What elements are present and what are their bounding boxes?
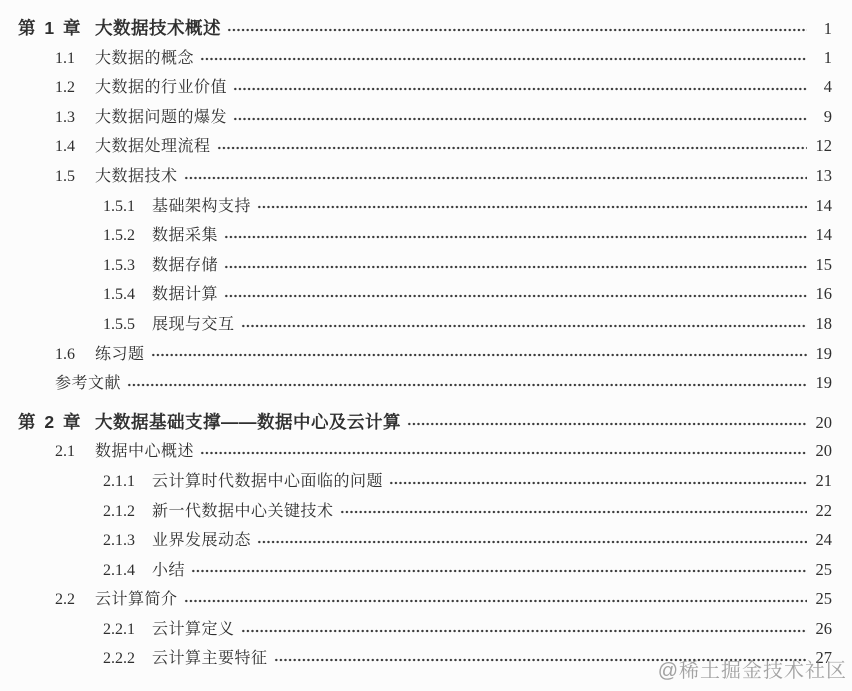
toc-entry-page: 1 — [810, 19, 832, 39]
toc-entry-title: 大数据处理流程 — [95, 133, 211, 156]
dot-leader — [274, 653, 807, 667]
toc-entry-title: 数据存储 — [152, 252, 218, 275]
toc-entry-row: 2.2云计算简介25 — [0, 586, 832, 616]
toc-entry-number: 1.5.3 — [103, 257, 152, 275]
dot-leader — [340, 505, 807, 519]
toc-entry-title: 大数据技术 — [95, 163, 178, 186]
toc-entry-row: 2.2.2云计算主要特征27 — [0, 645, 832, 675]
toc-entry-row: 2.1.3业界发展动态24 — [0, 527, 832, 557]
toc-entry-page: 20 — [810, 413, 832, 433]
dot-leader — [184, 594, 807, 608]
toc-entry-number: 1.5.2 — [103, 227, 152, 245]
dot-leader — [224, 230, 807, 244]
toc-entry-number: 1.5.5 — [103, 316, 152, 334]
dot-leader — [184, 171, 807, 185]
dot-leader — [127, 378, 807, 392]
toc-entry-row: 2.1.4小结25 — [0, 557, 832, 587]
toc-entry-page: 16 — [810, 284, 832, 304]
toc-entry-title: 业界发展动态 — [152, 527, 251, 550]
toc-entry-page: 20 — [810, 441, 832, 461]
toc-entry-title: 数据中心概述 — [95, 438, 194, 461]
dot-leader — [200, 52, 807, 66]
toc-entry-number: 2.1 — [55, 443, 95, 461]
toc-entry-page: 14 — [810, 196, 832, 216]
toc-entry-title: 云计算定义 — [152, 616, 235, 639]
toc-entry-number: 1.5.4 — [103, 286, 152, 304]
dot-leader — [151, 348, 807, 362]
toc-chapter-row: 第 1 章大数据技术概述1 — [0, 15, 832, 45]
toc-chapter-row: 第 2 章大数据基础支撑——数据中心及云计算20 — [0, 409, 832, 439]
toc-entry-number: 2.2 — [55, 591, 95, 609]
toc-entry-row: 1.1大数据的概念1 — [0, 45, 832, 75]
toc-entry-row: 1.2大数据的行业价值4 — [0, 74, 832, 104]
toc-entry-number: 2.1.1 — [103, 473, 152, 491]
toc-entry-number: 1.4 — [55, 138, 95, 156]
toc-entry-number: 第 2 章 — [18, 409, 95, 434]
dot-leader — [241, 319, 807, 333]
toc-entry-row: 1.5.1基础架构支持14 — [0, 193, 832, 223]
toc-entry-page: 1 — [810, 48, 832, 68]
toc-entry-page: 18 — [810, 314, 832, 334]
toc-entry-number: 1.5.1 — [103, 198, 152, 216]
toc-entry-number: 2.1.4 — [103, 562, 152, 580]
dot-leader — [191, 564, 807, 578]
toc-entry-title: 大数据技术概述 — [95, 15, 221, 40]
toc-entry-number: 1.6 — [55, 346, 95, 364]
toc-entry-title: 云计算简介 — [95, 586, 178, 609]
toc-entry-number: 1.1 — [55, 50, 95, 68]
toc-entry-page: 19 — [810, 373, 832, 393]
toc-entry-title: 参考文献 — [55, 370, 121, 393]
toc-entry-row: 2.1.2新一代数据中心关键技术22 — [0, 498, 832, 528]
toc-entry-row: 1.4大数据处理流程12 — [0, 133, 832, 163]
toc-entry-title: 大数据的概念 — [95, 45, 194, 68]
toc-entry-page: 22 — [810, 501, 832, 521]
dot-leader — [217, 141, 807, 155]
toc-entry-title: 大数据基础支撑——数据中心及云计算 — [95, 409, 401, 434]
toc-entry-page: 4 — [810, 77, 832, 97]
toc-entry-row: 1.5.3数据存储15 — [0, 252, 832, 282]
toc-entry-title: 大数据问题的爆发 — [95, 104, 227, 127]
toc-entry-title: 新一代数据中心关键技术 — [152, 498, 334, 521]
toc-entry-title: 展现与交互 — [152, 311, 235, 334]
toc-entry-title: 数据采集 — [152, 222, 218, 245]
toc-entry-number: 1.3 — [55, 109, 95, 127]
toc-entry-page: 19 — [810, 344, 832, 364]
toc-entry-page: 25 — [810, 560, 832, 580]
toc-entry-page: 13 — [810, 166, 832, 186]
toc-entry-number: 1.2 — [55, 79, 95, 97]
toc-entry-row: 1.5.4数据计算16 — [0, 281, 832, 311]
toc-entry-number: 第 1 章 — [18, 15, 95, 40]
toc-page: 第 1 章大数据技术概述11.1大数据的概念11.2大数据的行业价值41.3大数… — [0, 0, 852, 691]
toc-entry-title: 云计算时代数据中心面临的问题 — [152, 468, 383, 491]
toc-entry-number: 2.2.1 — [103, 621, 152, 639]
toc-entry-page: 21 — [810, 471, 832, 491]
dot-leader — [224, 289, 807, 303]
toc-entry-page: 14 — [810, 225, 832, 245]
toc-list: 第 1 章大数据技术概述11.1大数据的概念11.2大数据的行业价值41.3大数… — [0, 15, 832, 675]
toc-entry-page: 9 — [810, 107, 832, 127]
toc-entry-title: 大数据的行业价值 — [95, 74, 227, 97]
toc-entry-row: 1.5.2数据采集14 — [0, 222, 832, 252]
toc-entry-row: 1.6练习题19 — [0, 341, 832, 371]
toc-entry-page: 12 — [810, 136, 832, 156]
toc-entry-row: 2.2.1云计算定义26 — [0, 616, 832, 646]
toc-entry-page: 15 — [810, 255, 832, 275]
toc-entry-title: 小结 — [152, 557, 185, 580]
dot-leader — [257, 200, 807, 214]
toc-entry-title: 基础架构支持 — [152, 193, 251, 216]
toc-entry-number: 2.1.2 — [103, 503, 152, 521]
dot-leader — [233, 82, 807, 96]
toc-entry-number: 2.2.2 — [103, 650, 152, 668]
dot-leader — [227, 23, 807, 37]
toc-entry-row: 1.5.5展现与交互18 — [0, 311, 832, 341]
toc-entry-row: 2.1数据中心概述20 — [0, 438, 832, 468]
toc-entry-page: 24 — [810, 530, 832, 550]
dot-leader — [257, 535, 807, 549]
toc-entry-row: 1.5大数据技术13 — [0, 163, 832, 193]
toc-entry-title: 练习题 — [95, 341, 145, 364]
toc-entry-title: 数据计算 — [152, 281, 218, 304]
toc-entry-row: 参考文献19 — [0, 370, 832, 400]
dot-leader — [407, 417, 807, 431]
dot-leader — [389, 476, 807, 490]
dot-leader — [241, 624, 807, 638]
toc-entry-row: 1.3大数据问题的爆发9 — [0, 104, 832, 134]
toc-entry-number: 1.5 — [55, 168, 95, 186]
toc-entry-number: 2.1.3 — [103, 532, 152, 550]
toc-entry-page: 26 — [810, 619, 832, 639]
dot-leader — [224, 260, 807, 274]
dot-leader — [200, 446, 807, 460]
toc-entry-row: 2.1.1云计算时代数据中心面临的问题21 — [0, 468, 832, 498]
toc-entry-title: 云计算主要特征 — [152, 645, 268, 668]
toc-entry-page: 25 — [810, 589, 832, 609]
toc-entry-page: 27 — [810, 648, 832, 668]
dot-leader — [233, 112, 807, 126]
